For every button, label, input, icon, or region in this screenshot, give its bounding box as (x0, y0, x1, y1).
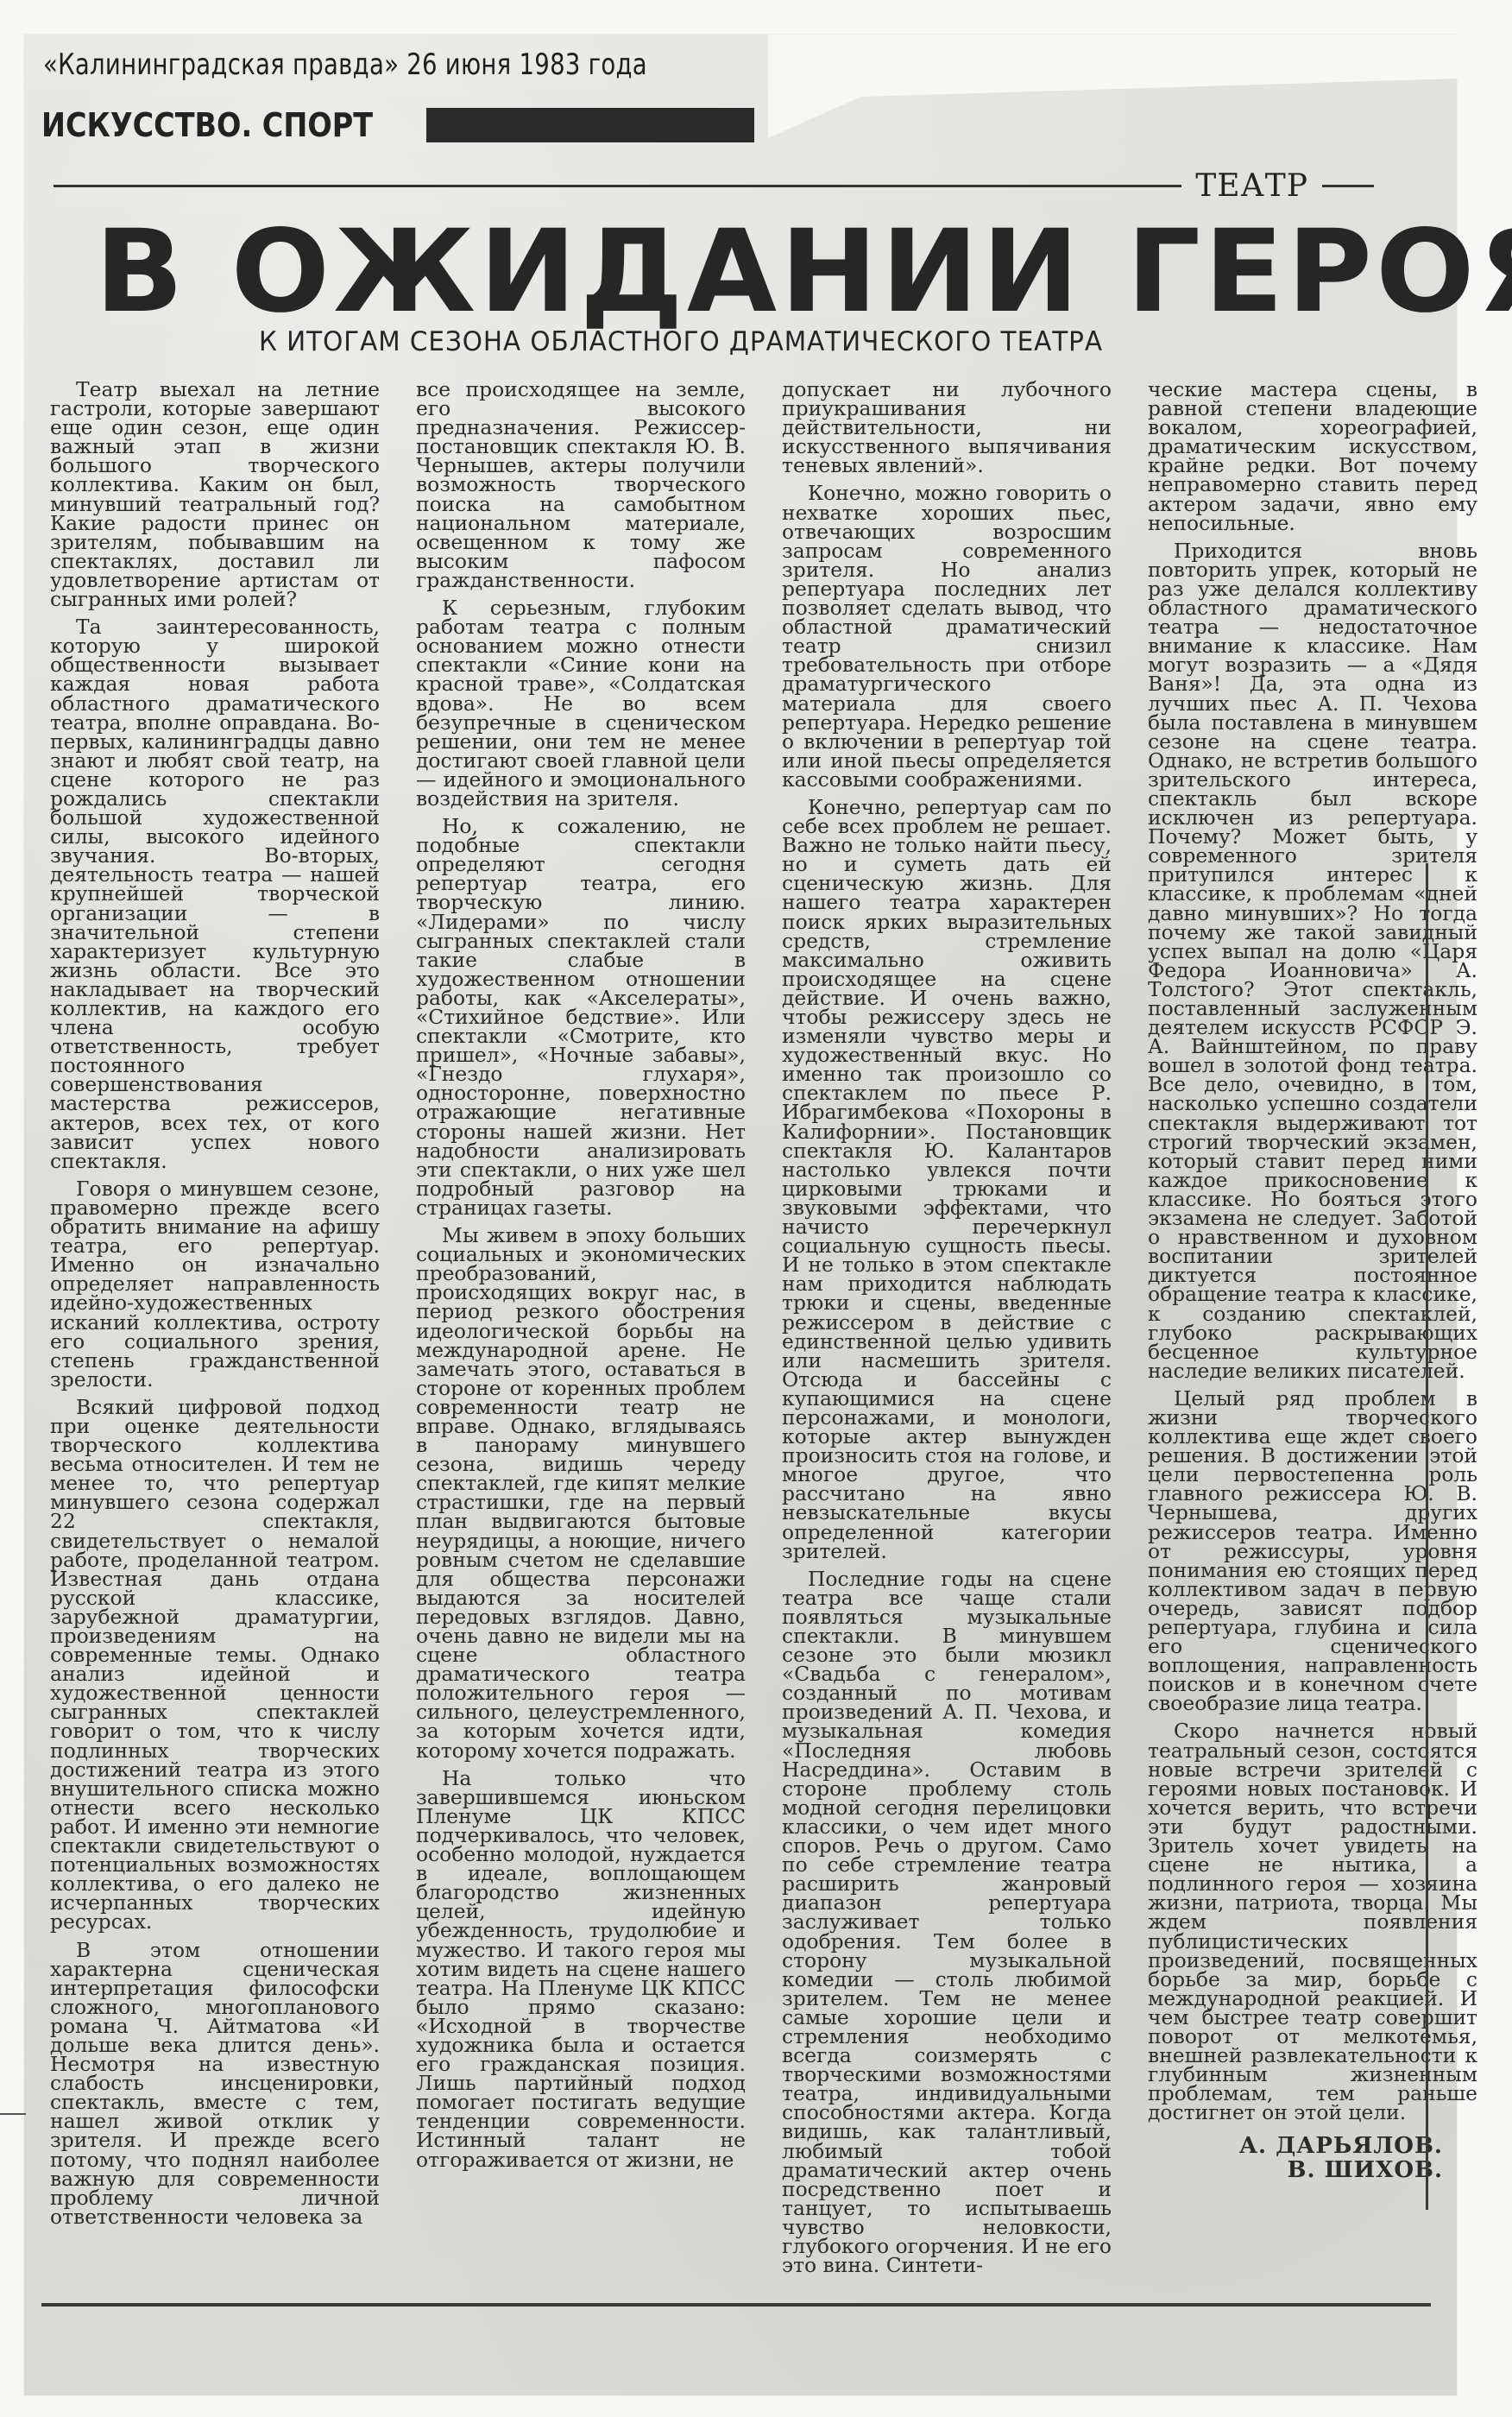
paragraph: К серьезным, глубоким работам театра с п… (416, 598, 746, 808)
column-2: все происходящее на земле, его высокого … (416, 380, 746, 2339)
column-3: допускает ни лубочного приукрашивания де… (782, 380, 1112, 2339)
paragraph-continued: допускает ни лубочного приукрашивания де… (782, 380, 1112, 475)
rubric-line-left (54, 185, 1181, 187)
article-headline: В ОЖИДАНИИ ГЕРОЯ (95, 205, 1512, 338)
author-1: А. ДАРЬЯЛОВ. (1148, 2134, 1443, 2158)
bottom-border-rule (41, 2303, 1431, 2307)
right-border-rule (1426, 863, 1428, 2210)
paragraph: На только что завершившемся июньском Пле… (416, 1769, 746, 2169)
author-signature: А. ДАРЬЯЛОВ. В. ШИХОВ. (1148, 2134, 1443, 2182)
section-label: ИСКУССТВО. СПОРТ (41, 106, 399, 144)
paragraph: В этом отношении характерна сценическая … (50, 1941, 380, 2226)
article-subheadline: К ИТОГАМ СЕЗОНА ОБЛАСТНОГО ДРАМАТИЧЕСКОГ… (259, 326, 1103, 357)
paragraph: Конечно, можно говорить о нехватке хорош… (782, 483, 1112, 789)
author-2: В. ШИХОВ. (1148, 2158, 1443, 2182)
rubric-label: ТЕАТР (1181, 168, 1322, 204)
paragraph: Театр выехал на летние гастроли, которые… (50, 380, 380, 609)
paragraph: Последние годы на сцене театра все чаще … (782, 1569, 1112, 2275)
paragraph: Та заинтересованность, которую у широкой… (50, 617, 380, 1171)
margin-mark (0, 2113, 26, 2115)
masthead-dateline: «Калининградская правда» 26 июня 1983 го… (43, 47, 647, 82)
column-1: Театр выехал на летние гастроли, которые… (50, 380, 380, 2339)
rubric-divider: ТЕАТР (54, 168, 1374, 204)
paragraph: Конечно, репертуар сам по себе всех проб… (782, 798, 1112, 1561)
section-header: ИСКУССТВО. СПОРТ (41, 105, 754, 145)
paragraph: Но, к сожалению, не подобные спектакли о… (416, 817, 746, 1217)
paragraph: Всякий цифровой подход при оценке деятел… (50, 1398, 380, 1932)
paragraph-continued: все происходящее на земле, его высокого … (416, 380, 746, 590)
paragraph: Говоря о минувшем сезоне, правомерно пре… (50, 1179, 380, 1389)
rubric-line-right (1322, 185, 1374, 187)
paragraph: Мы живем в эпоху больших социальных и эк… (416, 1226, 746, 1760)
paragraph-continued: ческие мастера сцены, в равной степени в… (1148, 380, 1477, 533)
article-body: Театр выехал на летние гастроли, которые… (50, 380, 1431, 2339)
section-black-bar (426, 108, 754, 142)
